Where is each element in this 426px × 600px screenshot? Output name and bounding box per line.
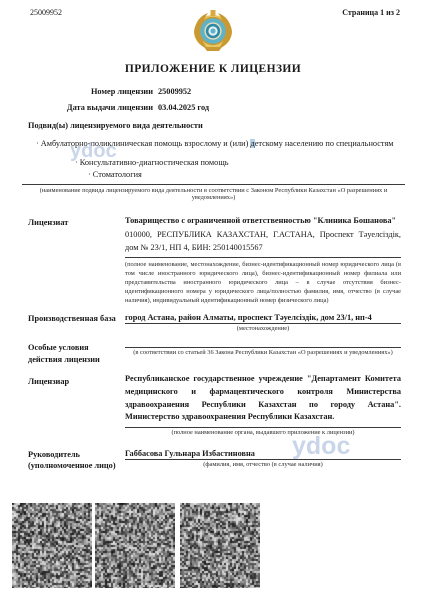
subtype-1-text: Амбулаторно-поликлиническая помощь взрос… [41,139,251,148]
bullet-icon: · [36,139,39,148]
production-base-value: город Астана, район Алматы, проспект Тәу… [125,313,401,333]
subtypes-caption: (наименование подвида лицензируемого вид… [22,187,405,202]
subtype-1-text-tail: етскому населению по специальностям [255,139,394,148]
licensee-value: Товарищество с ограниченной ответственно… [125,214,401,305]
subtype-item-2: ·Консультативно-диагностическая помощь [28,158,405,167]
licensee-row: Лицензиат Товарищество с ограниченной от… [28,214,401,305]
licensor-name: Республиканское государственное учрежден… [125,373,401,424]
license-number-label: Номер лицензии [28,87,153,96]
license-number-value: 25009952 [158,87,191,96]
license-date-value: 03.04.2025 год [158,103,209,112]
divider-line [125,459,401,460]
divider-line [125,323,401,324]
licensee-address: 010000, РЕСПУБЛИКА КАЗАХСТАН, Г.АСТАНА, … [125,228,401,255]
document-number: 25009952 [30,8,62,17]
licensor-label: Лицензиар [28,373,125,388]
special-conditions-label: Особые условия действия лицензии [28,342,125,365]
head-official-label-line1: Руководитель [28,449,125,461]
head-official-value: Габбасова Гульнара Избастиновна (фамилия… [125,449,401,469]
page-title: ПРИЛОЖЕНИЕ К ЛИЦЕНЗИИ [0,63,426,75]
head-official-row: Руководитель (уполномоченное лицо) Габба… [28,449,401,472]
special-conditions-row: Особые условия действия лицензии (в соот… [28,342,401,365]
head-official-caption: (фамилия, имя, отчество (в случае наличи… [125,461,401,469]
licensor-row: Лицензиар Республиканское государственно… [28,373,401,437]
bullet-icon: · [75,158,78,167]
licensor-value: Республиканское государственное учрежден… [125,373,401,437]
license-date-label: Дата выдачи лицензии [28,103,153,112]
licensee-name: Товарищество с ограниченной ответственно… [125,214,401,228]
head-official-label-line2: (уполномоченное лицо) [28,460,125,472]
production-base-caption: (местонахождение) [125,325,401,333]
divider-line [22,184,405,185]
page-indicator: Страница 1 из 2 [342,8,400,17]
production-base-address: город Астана, район Алматы, проспект Тәу… [125,313,401,322]
divider-line [125,427,401,428]
licensor-caption: (полное наименование органа, выдавшего п… [125,429,401,437]
kazakhstan-emblem-icon [192,9,234,53]
special-conditions-label-line1: Особые условия [28,342,125,354]
divider-line [125,347,401,348]
subtype-item-3: ·Стоматология [28,170,405,179]
licensee-label: Лицензиат [28,214,125,229]
activity-subtypes-section: Подвид(ы) лицензируемого вида деятельнос… [28,121,405,202]
subtype-2-text: Консультативно-диагностическая помощь [80,158,229,167]
subtype-3-text: Стоматология [93,170,142,179]
license-date-row: Дата выдачи лицензии 03.04.2025 год [0,103,426,112]
licensee-caption: (полное наименование, местонахождение, б… [125,260,401,305]
production-base-label: Производственная база [28,313,125,325]
license-annex-page: 25009952 Страница 1 из 2 ПРИЛОЖЕНИЕ К ЛИ… [0,0,426,600]
head-official-name: Габбасова Гульнара Избастиновна [125,449,401,458]
details-section: Лицензиат Товарищество с ограниченной от… [28,214,401,472]
qr-code [95,503,175,588]
special-conditions-caption: (в соответствии со статьей 36 Закона Рес… [125,349,401,357]
qr-code [180,503,260,588]
divider-line [125,257,401,258]
qr-code [12,503,92,588]
subtypes-heading: Подвид(ы) лицензируемого вида деятельнос… [28,121,405,130]
head-official-label: Руководитель (уполномоченное лицо) [28,449,125,472]
production-base-row: Производственная база город Астана, райо… [28,313,401,333]
subtype-item-1: ·Амбулаторно-поликлиническая помощь взро… [28,139,405,148]
special-conditions-value: (в соответствии со статьей 36 Закона Рес… [125,342,401,357]
special-conditions-label-line2: действия лицензии [28,354,125,366]
license-info-block: Номер лицензии 25009952 Дата выдачи лице… [0,87,426,119]
bullet-icon: · [88,170,91,179]
license-number-row: Номер лицензии 25009952 [0,87,426,96]
